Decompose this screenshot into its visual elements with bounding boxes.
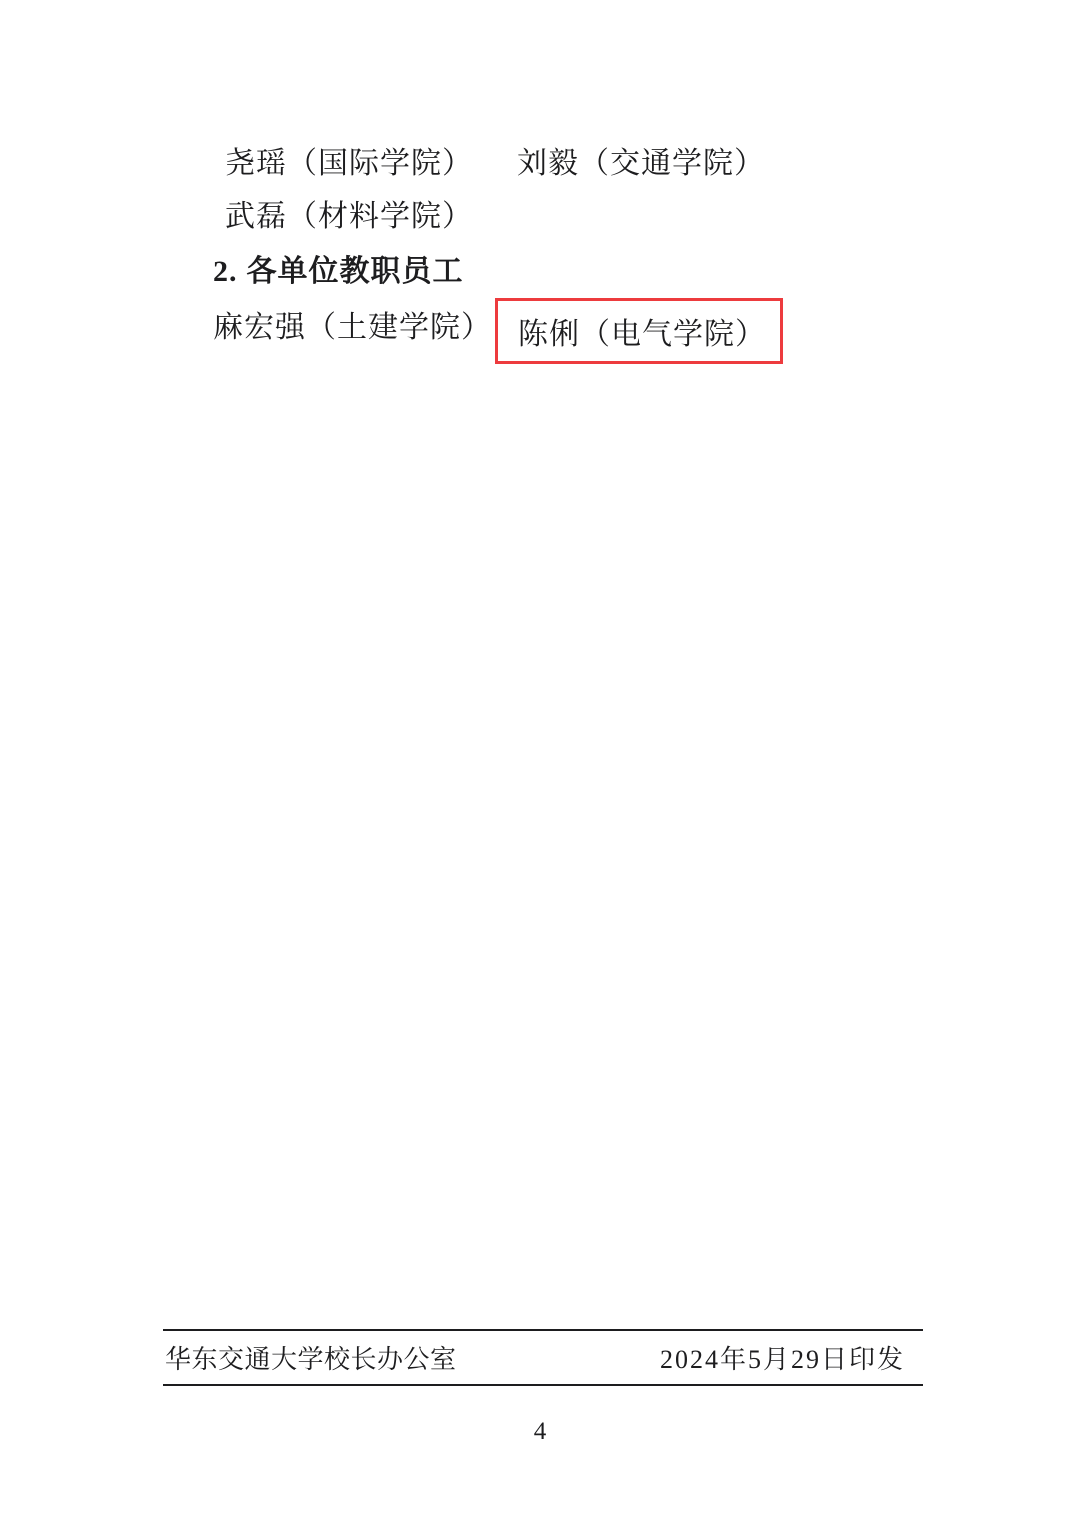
footer-print-date: 2024年5月29日印发 xyxy=(660,1339,905,1376)
name-entry-chenli-highlighted: 陈俐（电气学院） xyxy=(518,309,766,353)
name-entry-yaoyao: 尧瑶（国际学院） xyxy=(225,147,473,181)
name-entry-wulei: 武磊（材料学院） xyxy=(225,200,473,234)
page-number: 4 xyxy=(534,1418,547,1445)
document-page: 尧瑶（国际学院） 刘毅（交通学院） 武磊（材料学院） 2.各单位教职员工 麻宏强… xyxy=(0,0,1080,1527)
footer-band: 华东交通大学校长办公室 2024年5月29日印发 xyxy=(163,1329,923,1386)
section-heading-text: 各单位教职员工 xyxy=(247,255,464,288)
name-entry-mahongqiang: 麻宏强（土建学院） xyxy=(213,311,492,345)
section-heading-number: 2. xyxy=(213,255,238,288)
page-number-row: 4 xyxy=(0,1418,1080,1446)
section-heading: 2.各单位教职员工 xyxy=(213,255,464,289)
footer-issuer: 华东交通大学校长办公室 xyxy=(165,1339,457,1376)
highlight-box: 陈俐（电气学院） xyxy=(495,298,783,364)
name-entry-liuyi: 刘毅（交通学院） xyxy=(517,147,765,181)
